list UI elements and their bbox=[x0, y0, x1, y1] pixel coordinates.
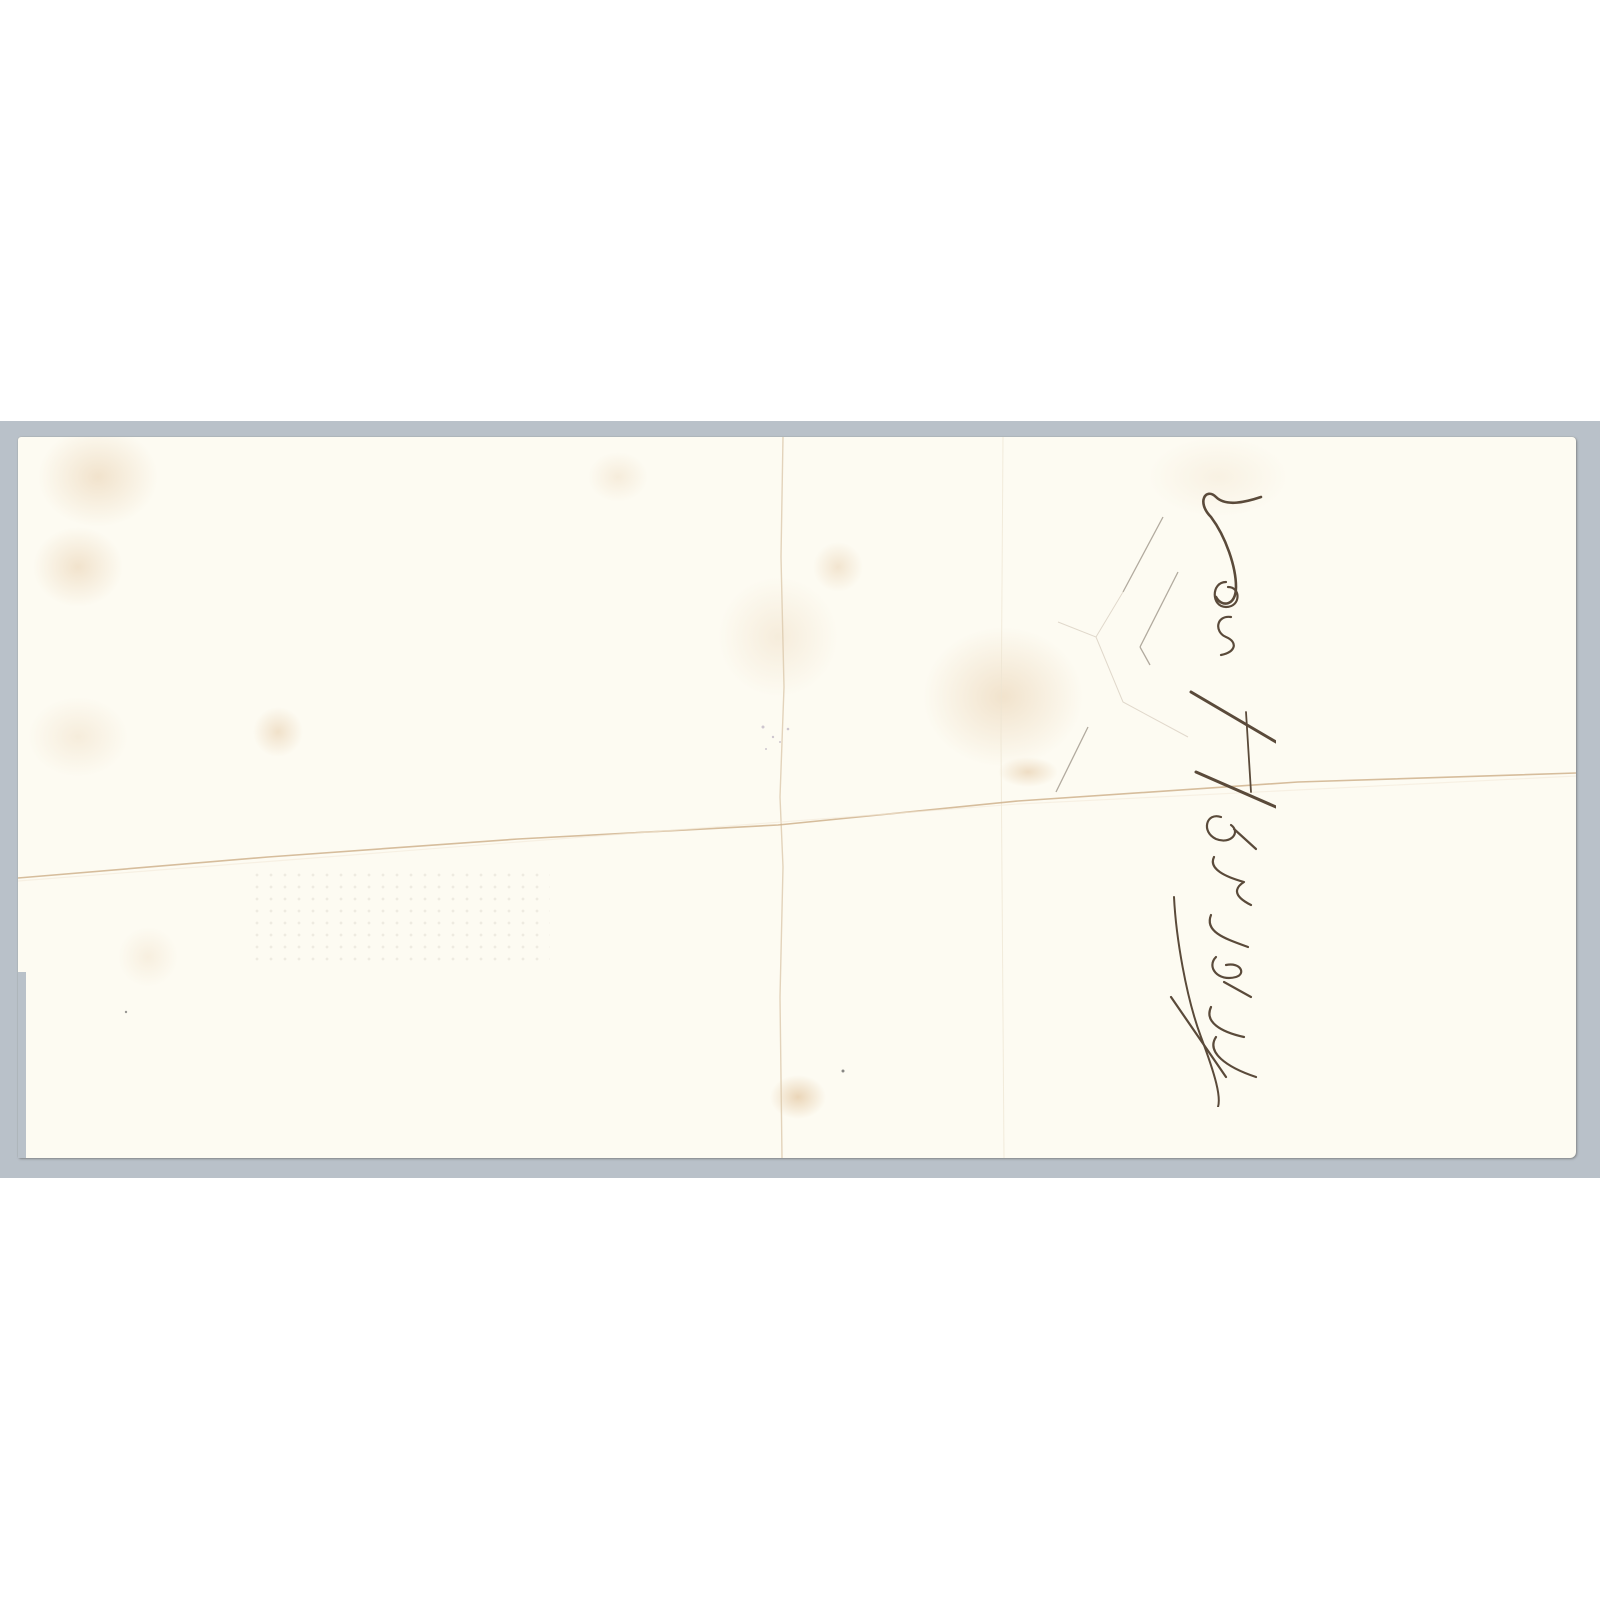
document-paper: Jos Harvey bbox=[18, 437, 1576, 1158]
show-through-marks bbox=[762, 726, 790, 751]
paper-texture bbox=[18, 437, 1576, 1158]
torn-edge bbox=[18, 972, 26, 1158]
vertical-fold bbox=[780, 437, 784, 1158]
signature-text: Jos Harvey bbox=[1165, 478, 1277, 1106]
age-stains bbox=[28, 437, 1288, 1119]
x-crease-marks bbox=[1056, 517, 1178, 792]
embossed-pattern bbox=[250, 869, 550, 969]
signature: Jos Harvey bbox=[1166, 477, 1276, 1107]
